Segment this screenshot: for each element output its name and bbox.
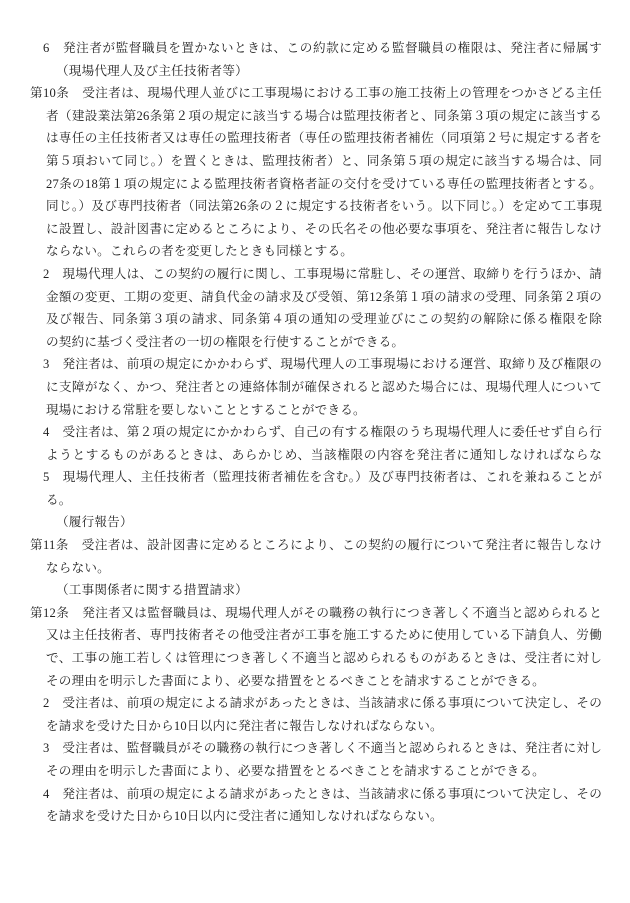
document-page: 6 発注者が監督職員を置かないときは、この約款に定める監督職員の権限は、発注者に…	[0, 0, 630, 903]
document-line: に設置し、設計図書に定めるところにより、その氏名その他必要な事項を、発注者に報告…	[30, 218, 602, 241]
document-line: 2 受注者は、前項の規定による請求があったときは、当該請求に係る事項について決定…	[30, 692, 602, 715]
document-line: 3 受注者は、監督職員がその職務の執行につき著しく不適当と認められるときは、発注…	[30, 737, 602, 760]
document-line: の契約に基づく受注者の一切の権限を行使することができる。	[30, 331, 602, 354]
document-line: 5 現場代理人、主任技術者（監理技術者補佐を含む。）及び専門技術者は、これを兼ね…	[30, 466, 602, 489]
document-line: 第11条 受注者は、設計図書に定めるところにより、この契約の履行について発注者に…	[30, 534, 602, 557]
document-line: その理由を明示した書面により、必要な措置をとるべきことを請求することができる。	[30, 760, 602, 783]
document-line: ようとするものがあるときは、あらかじめ、当該権限の内容を発注者に通知しなければな…	[30, 444, 602, 467]
document-line: 第10条 受注者は、現場代理人並びに工事現場における工事の施工技術上の管理をつか…	[30, 82, 602, 105]
document-line: を請求を受けた日から10日以内に発注者に報告しなければならない。	[30, 715, 602, 738]
document-line: 3 発注者は、前項の規定にかかわらず、現場代理人の工事現場における運営、取締り及…	[30, 353, 602, 376]
document-line: その理由を明示した書面により、必要な措置をとるべきことを請求することができる。	[30, 670, 602, 693]
document-body: 6 発注者が監督職員を置かないときは、この約款に定める監督職員の権限は、発注者に…	[30, 37, 602, 828]
document-line: 第12条 発注者又は監督職員は、現場代理人がその職務の執行につき著しく不適当と認…	[30, 602, 602, 625]
document-line: 現場における常駐を要しないこととすることができる。	[30, 399, 602, 422]
document-line: 又は主任技術者、専門技術者その他受注者が工事を施工するために使用している下請負人…	[30, 624, 602, 647]
document-line: に支障がなく、かつ、発注者との連絡体制が確保されると認めた場合には、現場代理人に…	[30, 376, 602, 399]
document-line: （履行報告）	[30, 511, 602, 534]
document-line: 同じ。）及び専門技術者（同法第26条の２に規定する技術者をいう。以下同じ。）を定…	[30, 195, 602, 218]
document-line: 2 現場代理人は、この契約の履行に関し、工事現場に常駐し、その運営、取締りを行う…	[30, 263, 602, 286]
document-line: （現場代理人及び主任技術者等）	[30, 60, 602, 83]
document-line: 金額の変更、工期の変更、請負代金の請求及び受領、第12条第１項の請求の受理、同条…	[30, 286, 602, 309]
document-line: 4 受注者は、第２項の規定にかかわらず、自己の有する権限のうち現場代理人に委任せ…	[30, 421, 602, 444]
document-line: 27条の18第１項の規定による監理技術者資格者証の交付を受けている専任の監理技術…	[30, 173, 602, 196]
document-line: を請求を受けた日から10日以内に受注者に通知しなければならない。	[30, 805, 602, 828]
document-line: （工事関係者に関する措置請求）	[30, 579, 602, 602]
document-line: る。	[30, 489, 602, 512]
document-line: 及び報告、同条第３項の請求、同条第４項の通知の受理並びにこの契約の解除に係る権限…	[30, 308, 602, 331]
document-line: は専任の主任技術者又は専任の監理技術者（専任の監理技術者補佐（同項第２号に規定す…	[30, 127, 602, 150]
document-line: 6 発注者が監督職員を置かないときは、この約款に定める監督職員の権限は、発注者に…	[30, 37, 602, 60]
document-line: 者（建設業法第26条第２項の規定に該当する場合は監理技術者と、同条第３項の規定に…	[30, 105, 602, 128]
document-line: ならない。	[30, 557, 602, 580]
document-line: 4 発注者は、前項の規定による請求があったときは、当該請求に係る事項について決定…	[30, 783, 602, 806]
document-line: ならない。これらの者を変更したときも同様とする。	[30, 240, 602, 263]
document-line: 第５項おいて同じ。）を置くときは、監理技術者）と、同条第５項の規定に該当する場合…	[30, 150, 602, 173]
document-line: で、工事の施工若しくは管理につき著しく不適当と認められるものがあるときは、受注者…	[30, 647, 602, 670]
